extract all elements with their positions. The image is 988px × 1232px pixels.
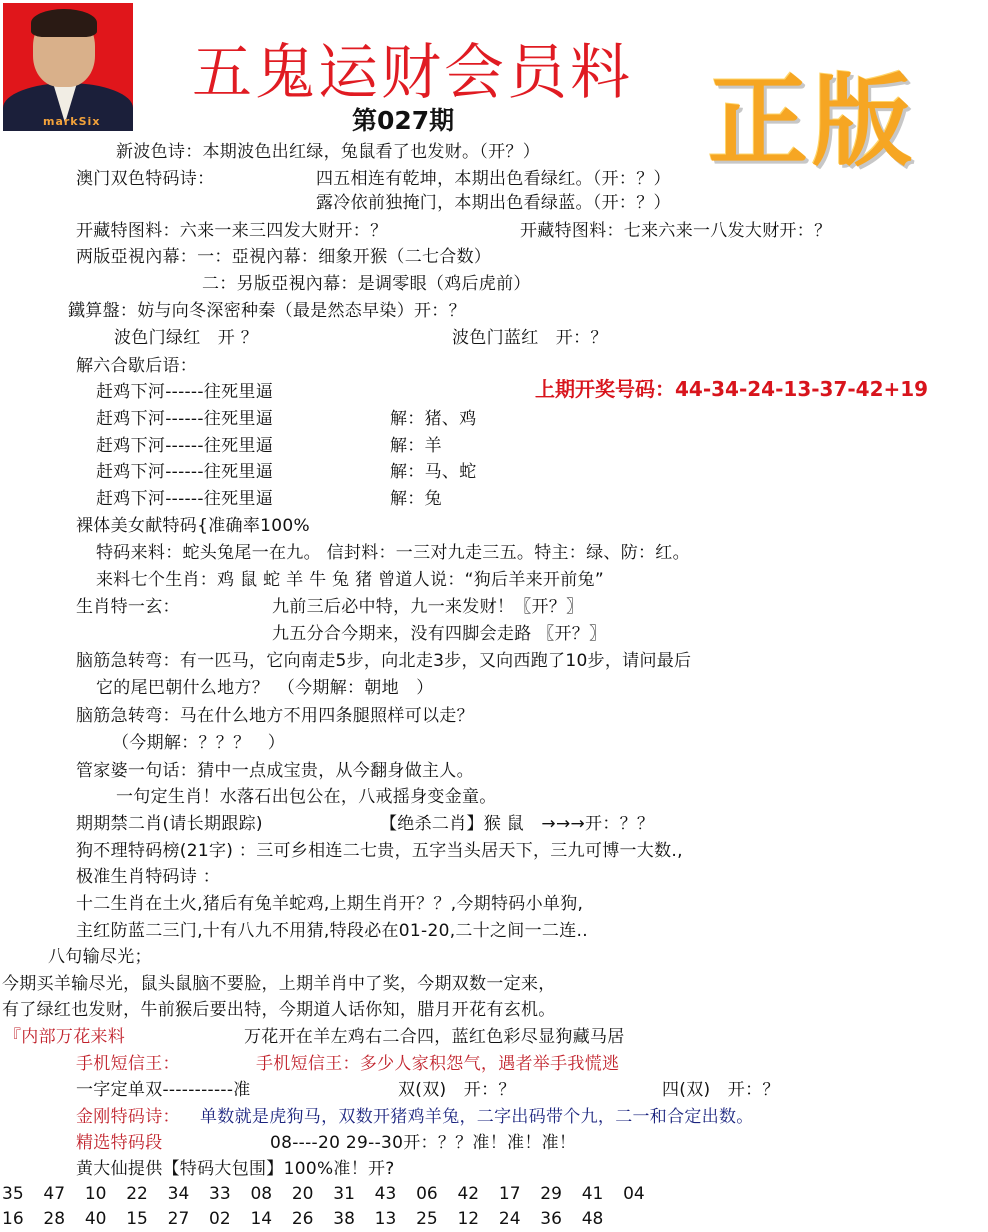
numbers-row-1: 35 47 10 22 34 33 08 20 31 43 06 42 17 2… [2, 1183, 653, 1205]
zodiac-mystery-line1: 九前三后必中特，九一来发财！〖开？〗 [272, 596, 583, 618]
authentic-badge: 正版 [708, 66, 916, 176]
zodiac-mystery-label: 生肖特一玄： [76, 596, 180, 618]
number-cell: 31 [333, 1183, 363, 1205]
number-cell: 13 [375, 1208, 405, 1230]
wave-door-blue-red: 波色门蓝红 开：？ [452, 327, 608, 349]
banned-zodiacs-value: 【绝杀二肖】猴 鼠 →→→开：？？ [380, 813, 654, 835]
special-code-source: 特码来料：蛇头兔尾一在九。 信封料：一三对九走三五。特主：绿、防：红。 [96, 542, 690, 564]
number-cell: 34 [168, 1183, 198, 1205]
number-cell: 14 [250, 1208, 280, 1230]
number-cell: 36 [540, 1208, 570, 1230]
odd-even-pick-1: 双(双) 开：？ [398, 1079, 516, 1101]
photo-logo: markSix [43, 115, 100, 128]
number-cell: 02 [209, 1208, 239, 1230]
number-cell: 15 [126, 1208, 156, 1230]
hidden-chart-left: 开藏特图料：六来一来三四发大财开：？ [76, 220, 387, 242]
number-cell: 08 [250, 1183, 280, 1205]
number-cell: 35 [2, 1183, 32, 1205]
zodiac-poem-heading: 极准生肖特码诗 ： [76, 866, 220, 888]
atv-insider-2: 二：另版亞視內幕：是调零眼（鸡后虎前） [202, 273, 531, 295]
selected-range-value: 08----20 29--30开：？？准！准！准！ [270, 1132, 576, 1154]
wave-color-poem: 新波色诗：本期波色出红绿，兔鼠看了也发财。（开？） [116, 141, 540, 163]
riddle-line: 赶鸡下河------往死里逼 [96, 435, 273, 457]
number-cell: 48 [582, 1208, 612, 1230]
riddle-answer: 解：兔 [390, 488, 442, 510]
banned-zodiacs-label: 期期禁二肖(请长期跟踪) [76, 813, 263, 835]
zodiac-mystery-line2: 九五分合今期来，没有四脚会走路 〖开？〗 [272, 623, 606, 645]
flower-text: 万花开在羊左鸡右二合四，蓝红色彩尽显狗藏马居 [244, 1026, 625, 1048]
numbers-row-2: 16 28 40 15 27 02 14 26 38 13 25 12 24 3… [2, 1208, 612, 1230]
portrait-photo: markSix [3, 3, 133, 131]
riddle-line: 赶鸡下河------往死里逼 [96, 381, 273, 403]
number-cell: 10 [85, 1183, 115, 1205]
diamond-poem-label: 金刚特码诗： [76, 1106, 180, 1128]
one-line-zodiac: 一句定生肖！水落石出包公在，八戒摇身变金童。 [116, 786, 497, 808]
macau-poem-line1: 四五相连有乾坤，本期出色看绿红。（开：？） [316, 168, 671, 190]
macau-poem-line2: 露冷依前独掩门，本期出色看绿蓝。（开：？） [316, 192, 671, 214]
number-cell: 24 [499, 1208, 529, 1230]
number-cell: 26 [292, 1208, 322, 1230]
riddle-answer: 解：马、蛇 [390, 461, 477, 483]
riddle-answer: 解：羊 [390, 435, 442, 457]
wong-tai-sin-heading: 黄大仙提供【特码大包围】100%准！开? [76, 1158, 395, 1180]
eight-lines-2: 有了绿红也发财，牛前猴后要出特，今期道人话你知，腊月开花有玄机。 [2, 999, 556, 1021]
number-cell: 43 [375, 1183, 405, 1205]
number-cell: 42 [457, 1183, 487, 1205]
number-cell: 40 [85, 1208, 115, 1230]
ranking-list: 狗不理特码榜(21字) ：三可乡相连二七贵，五字当头居天下，三九可博一大数., [76, 840, 683, 862]
number-cell: 38 [333, 1208, 363, 1230]
riddle-heading: 解六合歇后语： [76, 355, 197, 377]
portrait-hair [31, 9, 97, 37]
zodiac-poem-line2: 主红防蓝二三门,十有八九不用猜,特段必在01-20,二十之间一二连.. [76, 920, 588, 942]
diamond-poem-text: 单数就是虎狗马，双数开猪鸡羊兔，二字出码带个九，二一和合定出数。 [200, 1106, 754, 1128]
accuracy-claim: 裸体美女献特码{准确率100% [76, 515, 310, 537]
macau-poem-label: 澳门双色特码诗： [76, 168, 214, 190]
riddle-line: 赶鸡下河------往死里逼 [96, 488, 273, 510]
flower-label: 『内部万花来料 [4, 1026, 125, 1048]
riddle-answer: 解：猪、鸡 [390, 408, 477, 430]
number-cell: 16 [2, 1208, 32, 1230]
number-cell: 29 [540, 1183, 570, 1205]
riddle-line: 赶鸡下河------往死里逼 [96, 408, 273, 430]
number-cell: 41 [582, 1183, 612, 1205]
last-draw-label: 上期开奖号码： [535, 377, 675, 401]
iron-abacus: 鐵算盤：妨与向冬深密种秦（最是然态早染）开：？ [68, 300, 466, 322]
number-cell: 25 [416, 1208, 446, 1230]
brain-teaser-1-cont: 它的尾巴朝什么地方？ （今期解：朝地 ） [96, 677, 434, 699]
selected-range-label: 精选特码段 [76, 1132, 163, 1154]
number-cell: 47 [43, 1183, 73, 1205]
zodiac-poem-line1: 十二生肖在土火,猪后有兔羊蛇鸡,上期生肖开？？,今期特码小单狗, [76, 893, 583, 915]
issue-number: 第027期 [352, 101, 454, 137]
eight-lines-1: 今期买羊输尽光，鼠头鼠脑不要脸，上期羊肖中了奖，今期双数一定来， [2, 973, 556, 995]
seven-zodiacs: 来料七个生肖：鸡 鼠 蛇 羊 牛 兔 猪 曾道人说：“狗后羊来开前兔” [96, 569, 604, 591]
sms-king-text: 手机短信王：多少人家积怨气，遇者举手我慌逃 [256, 1053, 619, 1075]
number-cell: 12 [457, 1208, 487, 1230]
number-cell: 20 [292, 1183, 322, 1205]
wave-door-green-red: 波色门绿红 开 ？ [114, 327, 258, 349]
brain-teaser-1: 脑筋急转弯：有一匹马，它向南走5步，向北走3步，又向西跑了10步，请问最后 [76, 650, 691, 672]
eight-lines-heading: 八句输尽光； [48, 946, 152, 968]
odd-even-label: 一字定单双-----------准 [76, 1079, 251, 1101]
number-cell: 27 [168, 1208, 198, 1230]
brain-teaser-2-answer: （今期解：？？？ ） [112, 732, 285, 754]
page-title: 五鬼运财会员料 [192, 38, 633, 108]
riddle-line: 赶鸡下河------往死里逼 [96, 461, 273, 483]
atv-insider-1: 两版亞視內幕：一：亞視內幕：细象开猴（二七合数） [76, 246, 491, 268]
number-cell: 04 [623, 1183, 653, 1205]
number-cell: 22 [126, 1183, 156, 1205]
number-cell: 28 [43, 1208, 73, 1230]
hidden-chart-right: 开藏特图料：七来六来一八发大财开：？ [520, 220, 831, 242]
sms-king-label: 手机短信王： [76, 1053, 180, 1075]
last-draw-numbers: 44-34-24-13-37-42+19 [675, 377, 928, 401]
number-cell: 33 [209, 1183, 239, 1205]
odd-even-pick-2: 四(双) 开：？ [662, 1079, 780, 1101]
housekeeper-saying: 管家婆一句话：猜中一点成宝贵，从今翻身做主人。 [76, 760, 474, 782]
brain-teaser-2: 脑筋急转弯：马在什么地方不用四条腿照样可以走？ [76, 705, 474, 727]
number-cell: 17 [499, 1183, 529, 1205]
last-draw-result: 上期开奖号码：44-34-24-13-37-42+19 [535, 373, 928, 402]
number-cell: 06 [416, 1183, 446, 1205]
